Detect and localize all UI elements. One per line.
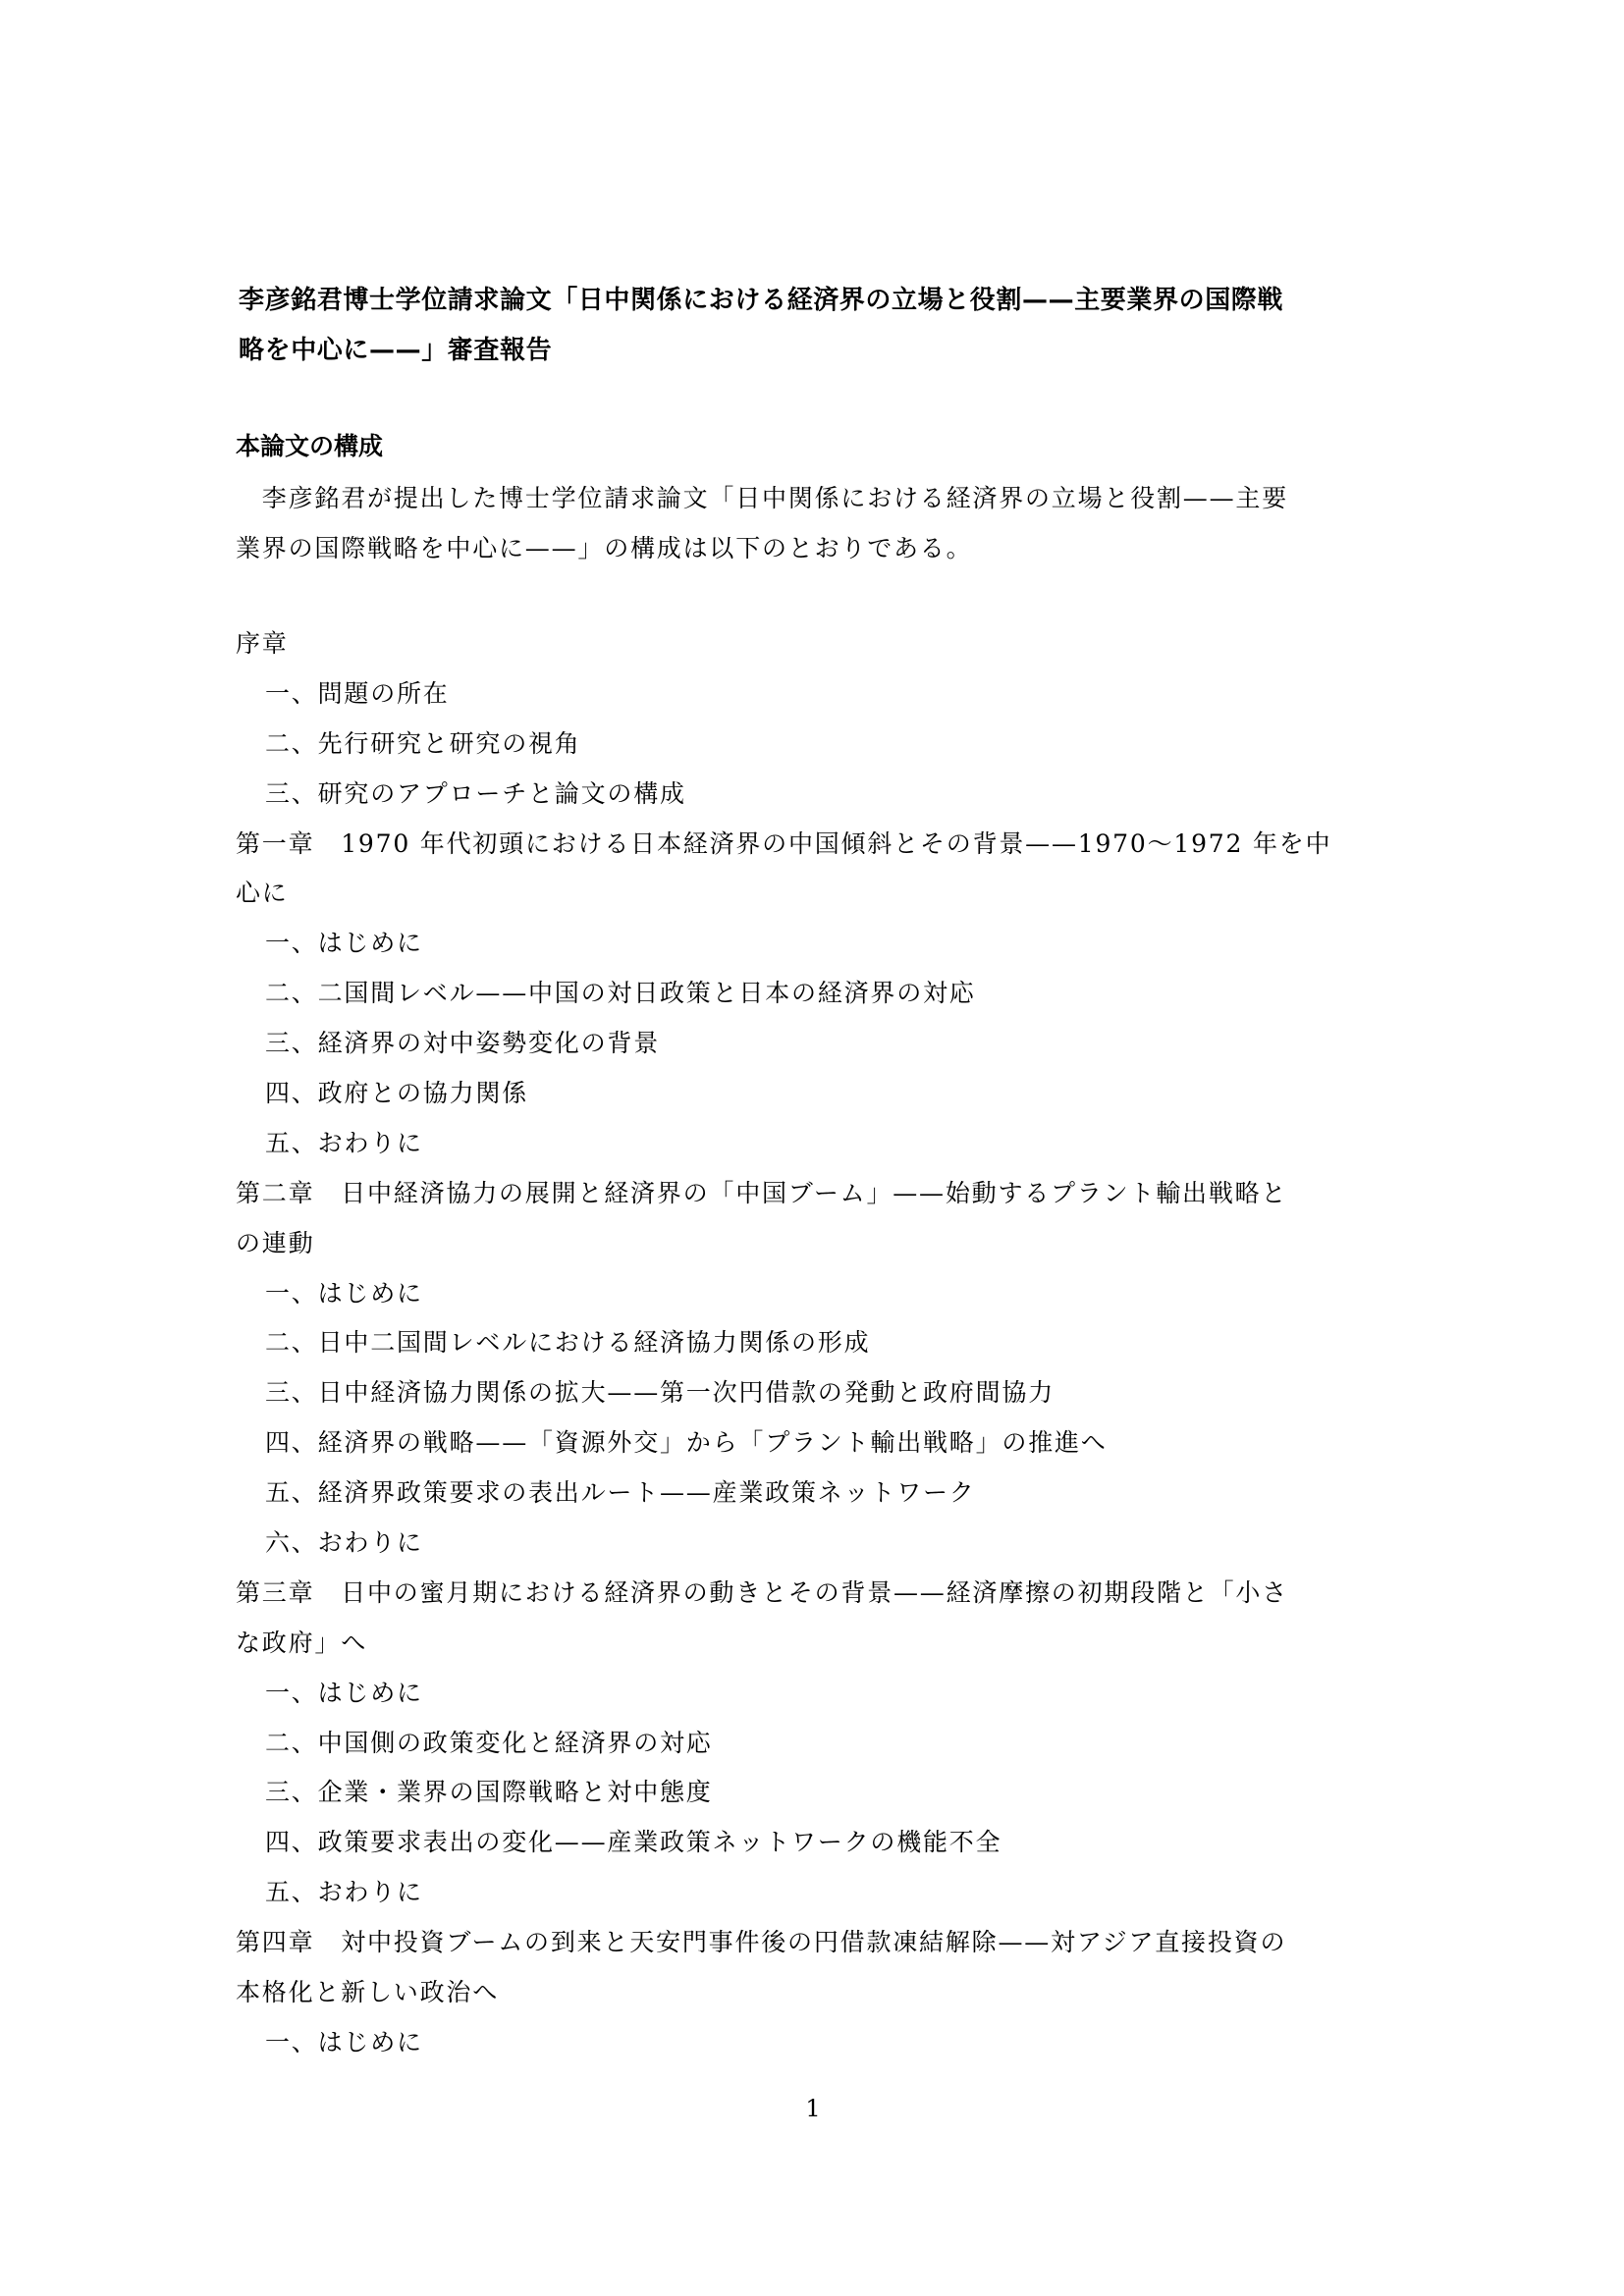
- toc-section-line: 二、二国間レベル——中国の対日政策と日本の経済界の対応: [236, 969, 1394, 1019]
- toc-chapter-line-continued: な政府」へ: [236, 1619, 1394, 1669]
- toc-section-line: 一、はじめに: [236, 919, 1394, 969]
- document-page: 李彦銘君博士学位請求論文「日中関係における経済界の立場と役割——主要業界の国際戦…: [0, 0, 1624, 2296]
- toc-chapter-line: 第一章 1970 年代初頭における日本経済界の中国傾斜とその背景——1970～1…: [236, 820, 1394, 870]
- title-line-2: 略を中心に——」審査報告: [239, 326, 1397, 376]
- intro-line-2: 業界の国際戦略を中心に——」の構成は以下のとおりである。: [236, 523, 1394, 573]
- toc-chapter-line-continued: 本格化と新しい政治へ: [236, 1968, 1394, 2018]
- toc-chapter-line-continued: 心に: [236, 869, 1394, 919]
- toc-chapter-line: 第二章 日中経済協力の展開と経済界の「中国ブーム」——始動するプラント輸出戦略と: [236, 1169, 1394, 1219]
- toc-section-line: 三、企業・業界の国際戦略と対中態度: [236, 1768, 1394, 1818]
- toc-section-line: 三、日中経済協力関係の拡大——第一次円借款の発動と政府間協力: [236, 1368, 1394, 1418]
- toc-chapter-line: 序章: [236, 619, 1394, 669]
- toc-section-line: 三、研究のアプローチと論文の構成: [236, 770, 1394, 820]
- toc-section-line: 四、経済界の戦略——「資源外交」から「プラント輸出戦略」の推進へ: [236, 1418, 1394, 1468]
- toc-section-line: 五、おわりに: [236, 1868, 1394, 1918]
- toc-section-line: 一、はじめに: [236, 1669, 1394, 1719]
- toc-section-line: 二、中国側の政策変化と経済界の対応: [236, 1719, 1394, 1769]
- intro-paragraph: 李彦銘君が提出した博士学位請求論文「日中関係における経済界の立場と役割——主要 …: [236, 473, 1394, 573]
- toc-section-line: 五、おわりに: [236, 1119, 1394, 1169]
- toc-chapter-line-continued: の連動: [236, 1219, 1394, 1269]
- toc-section-line: 四、政策要求表出の変化——産業政策ネットワークの機能不全: [236, 1818, 1394, 1868]
- toc-section-line: 一、はじめに: [236, 1269, 1394, 1319]
- toc-section-line: 四、政府との協力関係: [236, 1069, 1394, 1119]
- toc-section-line: 一、はじめに: [236, 2018, 1394, 2068]
- toc-section-line: 一、問題の所在: [236, 669, 1394, 720]
- document-title: 李彦銘君博士学位請求論文「日中関係における経済界の立場と役割——主要業界の国際戦…: [239, 276, 1397, 376]
- toc-section-line: 三、経済界の対中姿勢変化の背景: [236, 1019, 1394, 1069]
- intro-line-1: 李彦銘君が提出した博士学位請求論文「日中関係における経済界の立場と役割——主要: [236, 473, 1394, 523]
- toc-section-line: 六、おわりに: [236, 1519, 1394, 1569]
- title-line-1: 李彦銘君博士学位請求論文「日中関係における経済界の立場と役割——主要業界の国際戦: [239, 276, 1397, 326]
- toc-section-line: 二、先行研究と研究の視角: [236, 720, 1394, 770]
- toc-chapter-line: 第三章 日中の蜜月期における経済界の動きとその背景——経済摩擦の初期段階と「小さ: [236, 1569, 1394, 1619]
- section-heading: 本論文の構成: [236, 426, 383, 467]
- toc-chapter-line: 第四章 対中投資ブームの到来と天安門事件後の円借款凍結解除——対アジア直接投資の: [236, 1918, 1394, 1968]
- table-of-contents: 序章 一、問題の所在 二、先行研究と研究の視角 三、研究のアプローチと論文の構成…: [236, 619, 1394, 2068]
- page-number: 1: [803, 2094, 823, 2123]
- toc-section-line: 五、経済界政策要求の表出ルート——産業政策ネットワーク: [236, 1468, 1394, 1519]
- toc-section-line: 二、日中二国間レベルにおける経済協力関係の形成: [236, 1318, 1394, 1368]
